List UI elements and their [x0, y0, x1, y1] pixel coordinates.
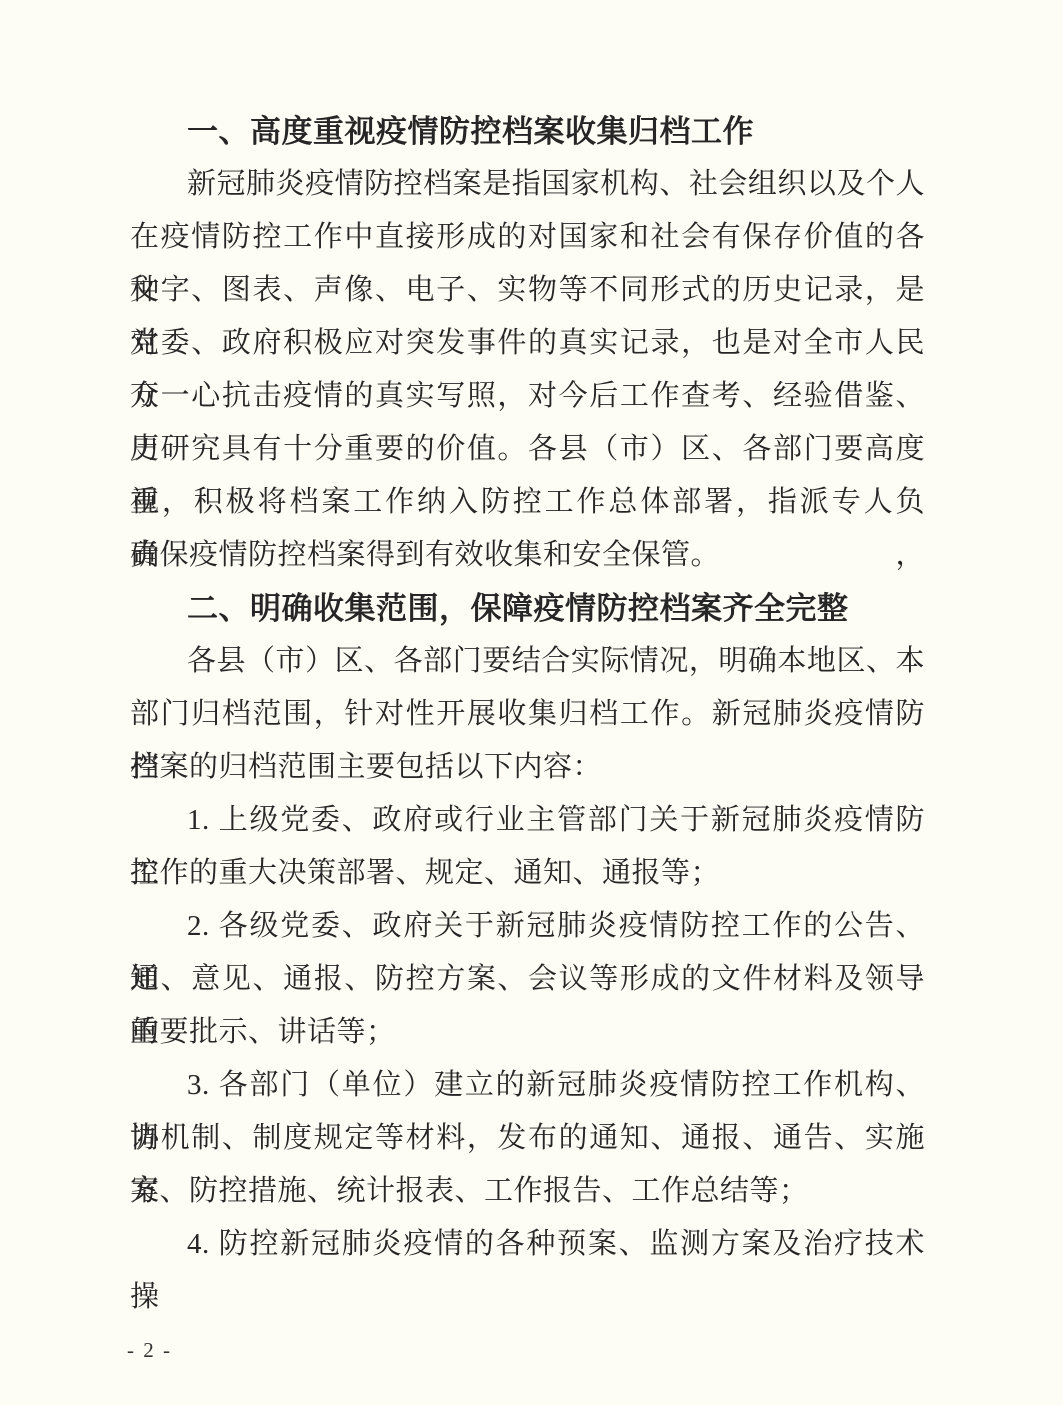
- text-line: 史研究具有十分重要的价值。各县（市）区、各部门要高度重: [130, 423, 925, 476]
- text-line: 案、防控措施、统计报表、工作报告、工作总结等；: [130, 1165, 925, 1218]
- text-line: 1. 上级党委、政府或行业主管部门关于新冠肺炎疫情防控: [130, 794, 925, 847]
- text-line: 3. 各部门（单位）建立的新冠肺炎疫情防控工作机构、协: [130, 1059, 925, 1112]
- text-line: 各县（市）区、各部门要结合实际情况，明确本地区、本: [130, 635, 925, 688]
- text-line: 新冠肺炎疫情防控档案是指国家机构、社会组织以及个人: [130, 158, 925, 211]
- document-body: 一、高度重视疫情防控档案收集归档工作新冠肺炎疫情防控档案是指国家机构、社会组织以…: [130, 105, 925, 1271]
- document-page: 一、高度重视疫情防控档案收集归档工作新冠肺炎疫情防控档案是指国家机构、社会组织以…: [0, 0, 1063, 1405]
- text-line: 知、意见、通报、防控方案、会议等形成的文件材料及领导的: [130, 953, 925, 1006]
- text-line: 4. 防控新冠肺炎疫情的各种预案、监测方案及治疗技术操: [130, 1218, 925, 1271]
- page-number: - 2 -: [127, 1338, 172, 1363]
- text-line: 档案的归档范围主要包括以下内容：: [130, 741, 925, 794]
- text-line: 视，积极将档案工作纳入防控工作总体部署，指派专人负责，: [130, 476, 925, 529]
- text-line: 2. 各级党委、政府关于新冠肺炎疫情防控工作的公告、通: [130, 900, 925, 953]
- text-line: 调机制、制度规定等材料，发布的通知、通报、通告、实施方: [130, 1112, 925, 1165]
- text-line: 工作的重大决策部署、规定、通知、通报等；: [130, 847, 925, 900]
- text-line: 在疫情防控工作中直接形成的对国家和社会有保存价值的各种: [130, 211, 925, 264]
- text-line: 党委、政府积极应对突发事件的真实记录，也是对全市人民万: [130, 317, 925, 370]
- text-line: 重要批示、讲话等；: [130, 1006, 925, 1059]
- text-line: 部门归档范围，针对性开展收集归档工作。新冠肺炎疫情防控: [130, 688, 925, 741]
- section-heading: 二、明确收集范围，保障疫情防控档案齐全完整: [130, 582, 925, 635]
- text-line: 文字、图表、声像、电子、实物等不同形式的历史记录，是对: [130, 264, 925, 317]
- section-heading: 一、高度重视疫情防控档案收集归档工作: [130, 105, 925, 158]
- text-line: 众一心抗击疫情的真实写照，对今后工作查考、经验借鉴、历: [130, 370, 925, 423]
